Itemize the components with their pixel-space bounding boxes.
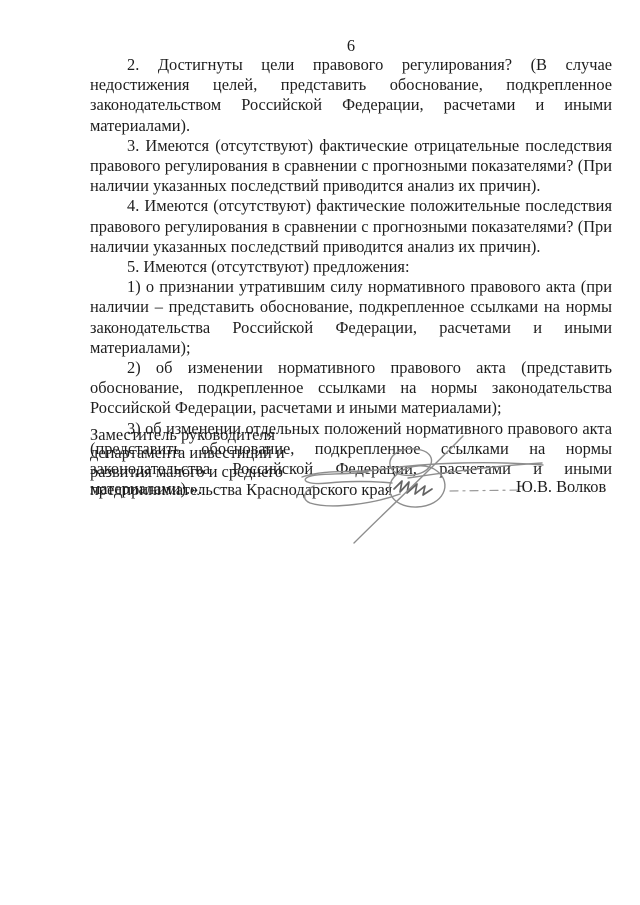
- page-number: 6: [90, 36, 612, 56]
- paragraph: 2) об изменении нормативного правового а…: [90, 358, 612, 419]
- paragraph: 1) о признании утратившим силу нормативн…: [90, 277, 612, 358]
- signatory-name: Ю.В. Волков: [516, 477, 606, 497]
- paragraph: 4. Имеются (отсутствуют) фактические пол…: [90, 196, 612, 257]
- signatory-title: Заместитель руководителя департамента ин…: [90, 426, 490, 500]
- document-page: 6 2. Достигнуты цели правового регулиров…: [0, 0, 640, 905]
- paragraph: 3. Имеются (отсутствуют) фактические отр…: [90, 136, 612, 197]
- paragraph: 2. Достигнуты цели правового регулирован…: [90, 55, 612, 136]
- paragraph: 5. Имеются (отсутствуют) предложения:: [90, 257, 612, 277]
